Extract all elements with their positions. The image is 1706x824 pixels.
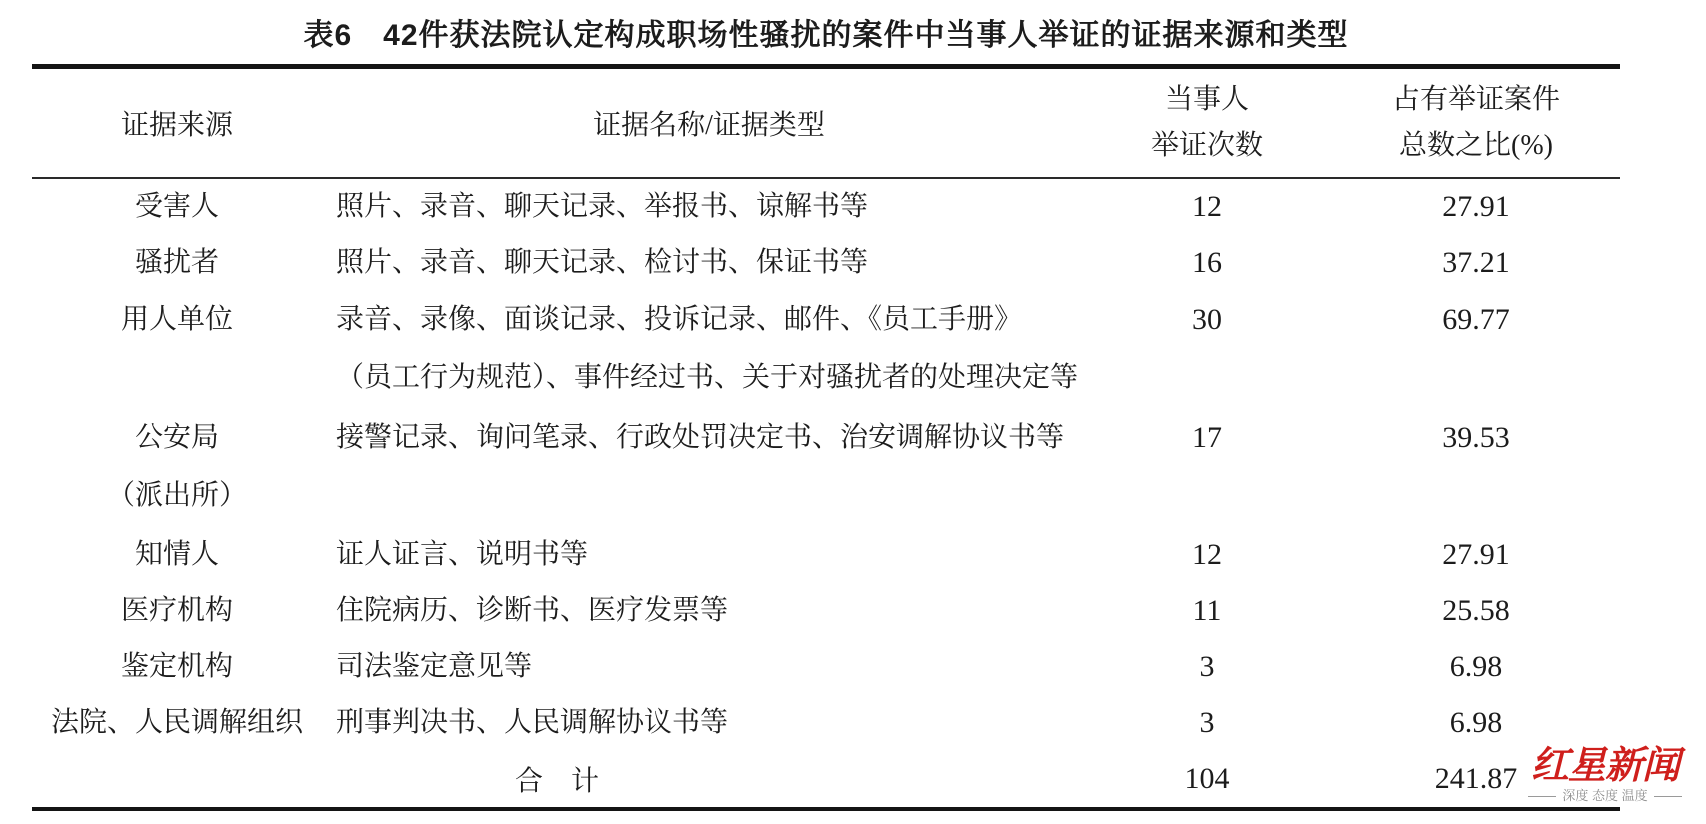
- evidence-text: 住院病历、诊断书、医疗发票等: [336, 583, 1082, 639]
- ratio-value: 6.98: [1450, 639, 1503, 695]
- ratio-cell: 27.91: [1332, 527, 1620, 583]
- col-header-evidence-label: 证据名称/证据类型: [336, 103, 1082, 143]
- evidence-cell: 证人证言、说明书等: [322, 527, 1082, 583]
- evidence-cell: 接警记录、询问笔录、行政处罚决定书、治安调解协议书等: [322, 409, 1082, 527]
- ratio-value: 69.77: [1442, 291, 1510, 349]
- source-cell: 骚扰者: [32, 235, 322, 291]
- evidence-text: 司法鉴定意见等: [336, 639, 1082, 695]
- evidence-cell: 司法鉴定意见等: [322, 639, 1082, 695]
- col-header-count: 当事人 举证次数: [1082, 69, 1332, 177]
- evidence-text: 照片、录音、聊天记录、检讨书、保证书等: [336, 235, 1082, 291]
- ratio-value: 37.21: [1442, 235, 1510, 291]
- total-label-cell: 合 计: [32, 751, 1082, 807]
- col-header-ratio-line2: 总数之比(%): [1399, 131, 1553, 161]
- table-row: 知情人 证人证言、说明书等 12 27.91: [32, 527, 1620, 583]
- ratio-cell: 25.58: [1332, 583, 1620, 639]
- evidence-cell: 住院病历、诊断书、医疗发票等: [322, 583, 1082, 639]
- ratio-cell: 6.98: [1332, 639, 1620, 695]
- count-value: 12: [1192, 527, 1222, 583]
- count-cell: 12: [1082, 179, 1332, 235]
- evidence-cell: 录音、录像、面谈记录、投诉记录、邮件、《员工手册》 （员工行为规范）、事件经过书…: [322, 291, 1082, 409]
- table-row: 公安局 （派出所） 接警记录、询问笔录、行政处罚决定书、治安调解协议书等 17 …: [32, 409, 1620, 527]
- tagline-dash-right: [1654, 796, 1682, 797]
- evidence-cell: 刑事判决书、人民调解协议书等: [322, 695, 1082, 751]
- table-row: 鉴定机构 司法鉴定意见等 3 6.98: [32, 639, 1620, 695]
- count-value: 11: [1193, 583, 1222, 639]
- evidence-cell: 照片、录音、聊天记录、举报书、谅解书等: [322, 179, 1082, 235]
- col-header-ratio: 占有举证案件 总数之比(%): [1332, 69, 1620, 177]
- total-ratio-value: 241.87: [1435, 762, 1518, 796]
- source-cell: 医疗机构: [32, 583, 322, 639]
- source-text: 知情人: [135, 527, 219, 583]
- source-text: 法院、人民调解组织: [51, 695, 303, 751]
- col-header-count-line1: 当事人: [1165, 85, 1249, 115]
- source-text-line1: 公安局: [135, 409, 219, 467]
- total-label: 合 计: [515, 759, 599, 799]
- source-text: 医疗机构: [121, 583, 233, 639]
- source-cell: 知情人: [32, 527, 322, 583]
- count-cell: 3: [1082, 639, 1332, 695]
- source-cell: 鉴定机构: [32, 639, 322, 695]
- ratio-value: 27.91: [1442, 527, 1510, 583]
- count-cell: 17: [1082, 409, 1332, 527]
- col-header-source: 证据来源: [32, 69, 322, 177]
- table-row: 医疗机构 住院病历、诊断书、医疗发票等 11 25.58: [32, 583, 1620, 639]
- source-text: 用人单位: [121, 291, 233, 349]
- col-header-ratio-line1: 占有举证案件: [1392, 85, 1560, 115]
- col-header-count-line2: 举证次数: [1151, 131, 1263, 161]
- ratio-value: 27.91: [1442, 179, 1510, 235]
- ratio-cell: 27.91: [1332, 179, 1620, 235]
- ratio-value: 25.58: [1442, 583, 1510, 639]
- count-cell: 11: [1082, 583, 1332, 639]
- total-count-value: 104: [1185, 762, 1230, 796]
- source-cell: 公安局 （派出所）: [32, 409, 322, 527]
- count-value: 17: [1192, 409, 1222, 467]
- total-count-cell: 104: [1082, 751, 1332, 807]
- table-caption: 表6 42件获法院认定构成职场性骚扰的案件中当事人举证的证据来源和类型: [32, 0, 1620, 56]
- ratio-value: 6.98: [1450, 695, 1503, 751]
- evidence-text: 接警记录、询问笔录、行政处罚决定书、治安调解协议书等: [336, 409, 1082, 467]
- source-text-line2: （派出所）: [107, 467, 247, 525]
- table-row: 法院、人民调解组织 刑事判决书、人民调解协议书等 3 6.98: [32, 695, 1620, 751]
- evidence-text: 照片、录音、聊天记录、举报书、谅解书等: [336, 179, 1082, 235]
- table-area: 表6 42件获法院认定构成职场性骚扰的案件中当事人举证的证据来源和类型 证据来源…: [32, 0, 1620, 811]
- count-value: 3: [1200, 695, 1215, 751]
- redstar-news-logo: 红星新闻: [1510, 744, 1700, 786]
- count-cell: 3: [1082, 695, 1332, 751]
- evidence-text-line1: 录音、录像、面谈记录、投诉记录、邮件、《员工手册》: [336, 291, 1082, 349]
- table-row: 用人单位 录音、录像、面谈记录、投诉记录、邮件、《员工手册》 （员工行为规范）、…: [32, 291, 1620, 409]
- ratio-cell: 39.53: [1332, 409, 1620, 527]
- count-value: 3: [1200, 639, 1215, 695]
- table-row: 骚扰者 照片、录音、聊天记录、检讨书、保证书等 16 37.21: [32, 235, 1620, 291]
- count-cell: 12: [1082, 527, 1332, 583]
- source-cell: 受害人: [32, 179, 322, 235]
- source-text: 鉴定机构: [121, 639, 233, 695]
- redstar-news-watermark: 红星新闻 深度 态度 温度: [1510, 744, 1700, 803]
- source-cell: 法院、人民调解组织: [32, 695, 322, 751]
- count-value: 12: [1192, 179, 1222, 235]
- evidence-table: 证据来源 证据名称/证据类型 当事人 举证次数 占有举证案件 总数之比(%) 受…: [32, 64, 1620, 811]
- ratio-cell: 37.21: [1332, 235, 1620, 291]
- col-header-evidence: 证据名称/证据类型: [322, 69, 1082, 177]
- count-cell: 30: [1082, 291, 1332, 409]
- count-cell: 16: [1082, 235, 1332, 291]
- logo-tagline: 深度 态度 温度: [1510, 789, 1700, 803]
- table-total-row: 合 计 104 241.87: [32, 751, 1620, 811]
- evidence-text: 证人证言、说明书等: [336, 527, 1082, 583]
- count-value: 30: [1192, 291, 1222, 349]
- table-header-row: 证据来源 证据名称/证据类型 当事人 举证次数 占有举证案件 总数之比(%): [32, 64, 1620, 179]
- tagline-text: 深度 态度 温度: [1562, 789, 1647, 803]
- count-value: 16: [1192, 235, 1222, 291]
- page: 表6 42件获法院认定构成职场性骚扰的案件中当事人举证的证据来源和类型 证据来源…: [0, 0, 1706, 824]
- tagline-dash-left: [1528, 796, 1556, 797]
- source-text: 骚扰者: [135, 235, 219, 291]
- ratio-cell: 69.77: [1332, 291, 1620, 409]
- evidence-cell: 照片、录音、聊天记录、检讨书、保证书等: [322, 235, 1082, 291]
- evidence-text: 刑事判决书、人民调解协议书等: [336, 695, 1082, 751]
- table-row: 受害人 照片、录音、聊天记录、举报书、谅解书等 12 27.91: [32, 179, 1620, 235]
- source-cell: 用人单位: [32, 291, 322, 409]
- source-text: 受害人: [135, 179, 219, 235]
- ratio-value: 39.53: [1442, 409, 1510, 467]
- evidence-text-line2: （员工行为规范）、事件经过书、关于对骚扰者的处理决定等: [336, 349, 1082, 407]
